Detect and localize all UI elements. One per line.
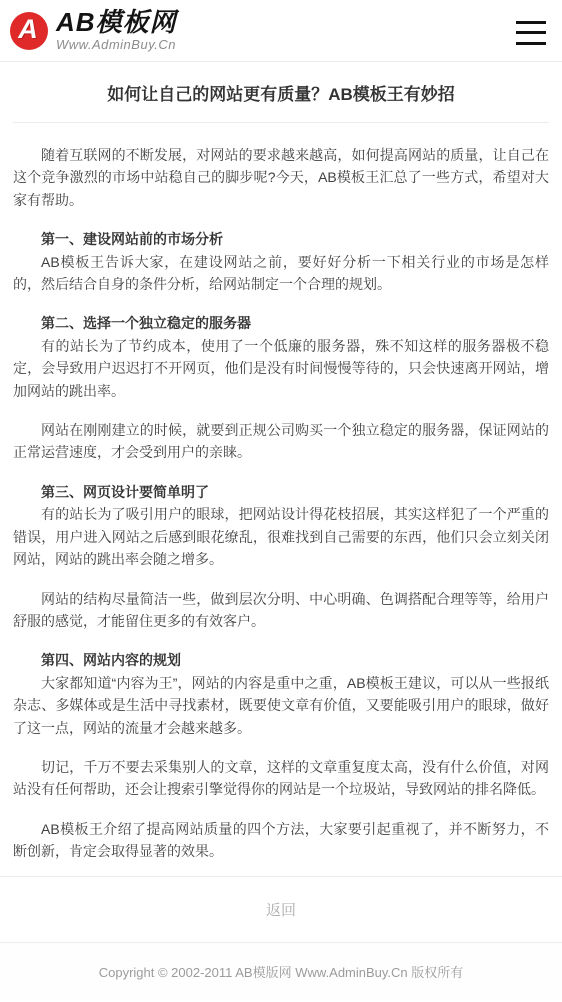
article-paragraph: 有的站长为了节约成本，使用了一个低廉的服务器，殊不知这样的服务器极不稳定，会导致… <box>13 335 549 402</box>
back-section: 返回 <box>0 876 562 942</box>
brand-letter: A <box>18 16 38 43</box>
article-paragraph: 网站在刚刚建立的时候，就要到正规公司购买一个独立稳定的服务器，保证网站的正常运营… <box>13 419 549 464</box>
article-paragraph: 大家都知道“内容为王”，网站的内容是重中之重，AB模板王建议，可以从一些报纸杂志… <box>13 672 549 739</box>
article-paragraph: 有的站长为了吸引用户的眼球，把网站设计得花枝招展，其实这样犯了一个严重的错误，用… <box>13 503 549 570</box>
article-paragraph: AB模板王介绍了提高网站质量的四个方法，大家要引起重视了，并不断努力，不断创新，… <box>13 818 549 863</box>
page-title: 如何让自己的网站更有质量？AB模板王有妙招 <box>107 80 455 105</box>
article-paragraph: 网站的结构尽量简洁一些，做到层次分明、中心明确、色调搭配合理等等，给用户舒服的感… <box>13 588 549 633</box>
article-paragraph: 切记，千万不要去采集别人的文章，这样的文章重复度太高，没有什么价值，对网站没有任… <box>13 756 549 801</box>
logo-text: AB模板网 Www.AdminBuy.Cn <box>56 9 177 52</box>
hamburger-bar <box>516 21 546 24</box>
section-heading: 第一、建设网站前的市场分析 <box>13 228 549 250</box>
brand-a-icon: A <box>10 12 48 50</box>
article-paragraph: AB模板王告诉大家，在建设网站之前，要好好分析一下相关行业的市场是怎样的，然后结… <box>13 251 549 296</box>
hamburger-bar <box>516 31 546 34</box>
back-button[interactable]: 返回 <box>266 899 296 920</box>
site-url: Www.AdminBuy.Cn <box>56 37 177 52</box>
article-paragraph: 随着互联网的不断发展，对网站的要求越来越高，如何提高网站的质量，让自己在这个竞争… <box>13 144 549 211</box>
copyright-text: Copyright © 2002-2011 AB模版网 Www.AdminBuy… <box>99 962 464 981</box>
header: A AB模板网 Www.AdminBuy.Cn <box>0 0 562 62</box>
footer: Copyright © 2002-2011 AB模版网 Www.AdminBuy… <box>0 942 562 1000</box>
article-title-wrap: 如何让自己的网站更有质量？AB模板王有妙招 <box>0 62 562 122</box>
section-heading: 第二、选择一个独立稳定的服务器 <box>13 312 549 334</box>
section-heading: 第三、网页设计要简单明了 <box>13 481 549 503</box>
hamburger-menu-icon[interactable] <box>516 21 546 45</box>
site-logo[interactable]: A AB模板网 Www.AdminBuy.Cn <box>10 9 177 52</box>
site-name: AB模板网 <box>56 9 177 36</box>
hamburger-bar <box>516 42 546 45</box>
section-heading: 第四、网站内容的规划 <box>13 649 549 671</box>
article-body: 随着互联网的不断发展，对网站的要求越来越高，如何提高网站的质量，让自己在这个竞争… <box>0 123 562 876</box>
